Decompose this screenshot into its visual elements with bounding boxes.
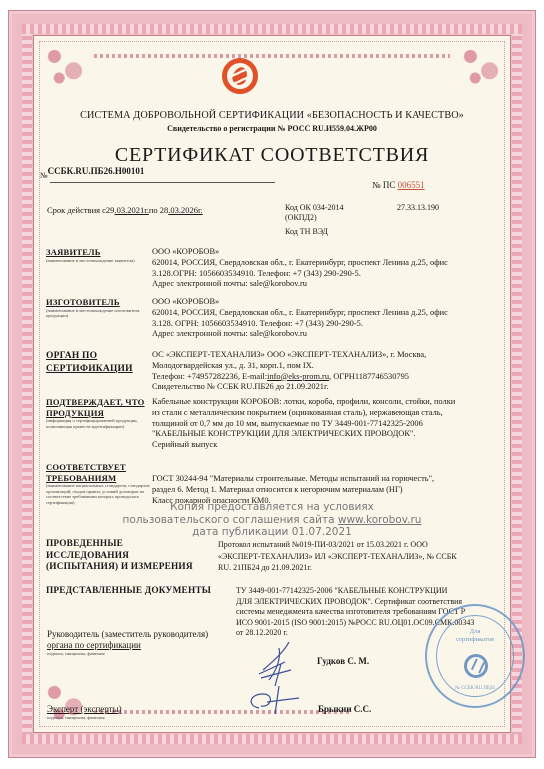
ornament-corner-icon: [40, 42, 88, 90]
flame-in-circle-icon: [222, 58, 258, 94]
applicant-label: ЗАЯВИТЕЛЬ (наименование и местонахождени…: [46, 247, 150, 263]
signature-expert-icon: [245, 682, 301, 716]
phone-text: Телефон: +74957282236, E-mail:: [152, 372, 267, 381]
cert-body-label: ОРГАН ПО СЕРТИФИКАЦИИ: [46, 350, 150, 376]
ornament-line-bottom: [94, 710, 350, 714]
stamp-text-1: Для: [427, 628, 523, 636]
text-line: Адрес электронной почты: sale@korobov.ru: [152, 329, 522, 340]
expert-role: Эксперт (эксперты): [47, 704, 122, 714]
form-number-value: 006551: [398, 180, 425, 190]
applicant-heading: ЗАЯВИТЕЛЬ: [46, 247, 150, 258]
head-role-line2: органа по сертификации: [47, 640, 141, 650]
text-line: Свидетельство № ССБК RU.ПБ26 до 21.09.20…: [152, 382, 522, 393]
product-text: Кабельные конструкции КОРОБОВ: лотки, ко…: [152, 397, 522, 451]
system-name: СИСТЕМА ДОБРОВОЛЬНОЙ СЕРТИФИКАЦИИ «БЕЗОП…: [0, 110, 544, 121]
text-line: из стали с металлическим покрытием (оцин…: [152, 408, 522, 419]
stamp-center-text: Для сертификатов: [427, 628, 523, 644]
tests-heading-3: (ИСПЫТАНИЯ) И ИЗМЕРЕНИЯ: [46, 562, 216, 574]
expert-signature-role: Эксперт (эксперты) подпись, инициалы, фа…: [47, 704, 122, 721]
tests-heading-1: ПРОВЕДЕННЫЕ: [46, 539, 216, 551]
validity-to: .03.2026г.: [168, 205, 202, 215]
head-name: Гудков С. М.: [317, 656, 369, 666]
product-sublabel: (информация о сертифицированной продукци…: [46, 418, 150, 429]
okpd-label-line2: (ОКПД2): [285, 213, 344, 223]
okpd-label: Код ОК 034-2014 (ОКПД2): [285, 203, 344, 223]
text-line: Протокол испытаний №019-ПИ-03/2021 от 15…: [218, 539, 518, 551]
manufacturer-sublabel: (наименование и местонахождение изготови…: [46, 308, 150, 319]
stamp-bottom-text: № ССБК RU.ПБ26: [427, 686, 523, 691]
form-number-label: № ПС: [372, 180, 395, 190]
text-line: 3.128.ОГРН: 1056603534910. Телефон: +7 (…: [152, 269, 522, 280]
cert-body-heading-2: СЕРТИФИКАЦИИ: [46, 363, 150, 376]
website-link[interactable]: www.korobov.ru: [338, 514, 422, 526]
head-caption: подпись, инициалы, фамилия: [47, 651, 208, 657]
copy-watermark: Копия предоставляется на условиях пользо…: [0, 501, 544, 539]
okpd-value: 27.33.13.190: [397, 203, 439, 212]
tests-text: Протокол испытаний №019-ПИ-03/2021 от 15…: [218, 539, 518, 574]
stamp-text-2: сертификатов: [427, 636, 523, 644]
product-label: ПОДТВЕРЖДАЕТ, ЧТО ПРОДУКЦИЯ (информация …: [46, 397, 150, 429]
tnved-label: Код ТН ВЭД: [285, 227, 328, 236]
product-heading-1: ПОДТВЕРЖДАЕТ, ЧТО: [46, 397, 150, 408]
flame-in-circle-icon: [464, 654, 488, 678]
text-line: "КАБЕЛЬНЫЕ КОНСТРУКЦИИ ДЛЯ ЭЛЕКТРИЧЕСКИХ…: [152, 429, 522, 440]
certificate-number: №ССБК.RU.ПБ26.Н00101: [40, 170, 144, 180]
requirements-label: СООТВЕТСТВУЕТ ТРЕБОВАНИЯМ (наименование …: [46, 462, 150, 505]
watermark-line1: Копия предоставляется на условиях: [0, 501, 544, 514]
expert-caption: подпись, инициалы, фамилия: [47, 715, 122, 721]
registration-number: Свидетельство о регистрации № РОСС RU.И5…: [0, 124, 544, 133]
validity-prefix: Срок действия с29: [47, 205, 114, 215]
validity-mid: по 28: [149, 205, 168, 215]
requirements-heading-2: ТРЕБОВАНИЯМ: [46, 473, 150, 484]
expert-name: Брыкин С.С.: [318, 704, 371, 714]
text-line: ООО «КОРОБОВ»: [152, 297, 522, 308]
text-line: ООО «КОРОБОВ»: [152, 247, 522, 258]
documents-label: ПРЕДСТАВЛЕННЫЕ ДОКУМЕНТЫ: [46, 586, 236, 597]
text-line: ТУ 3449-001-77142325-2006 "КАБЕЛЬНЫЕ КОН…: [236, 586, 526, 597]
text-line: 620014, РОССИЯ, Свердловская обл., г. Ек…: [152, 258, 522, 269]
tests-label: ПРОВЕДЕННЫЕ ИССЛЕДОВАНИЯ (ИСПЫТАНИЯ) И И…: [46, 539, 216, 574]
validity-from: .03.2021г.: [114, 205, 148, 215]
cert-body-heading-1: ОРГАН ПО: [46, 350, 150, 363]
text-line: 3.128. ОГРН: 1056603534910. Телефон: +7 …: [152, 319, 522, 330]
text-line: RU. 21ПБ24 до 21.09.2021г.: [218, 562, 518, 574]
text-line: Телефон: +74957282236, E-mail:info@eks-p…: [152, 372, 522, 383]
text-line: Серийный выпуск: [152, 440, 522, 451]
documents-heading: ПРЕДСТАВЛЕННЫЕ ДОКУМЕНТЫ: [46, 586, 236, 597]
okpd-label-line1: Код ОК 034-2014: [285, 203, 344, 213]
ornament-line-top: [94, 54, 450, 58]
text-line: ОС «ЭКСПЕРТ-ТЕХАНАЛИЗ» ООО «ЭКСПЕРТ-ТЕХА…: [152, 350, 522, 361]
text-line: ГОСТ 30244-94 "Материалы строительные. М…: [152, 474, 522, 485]
text-line: Адрес электронной почты: sale@korobov.ru: [152, 279, 522, 290]
cert-body-text: ОС «ЭКСПЕРТ-ТЕХАНАЛИЗ» ООО «ЭКСПЕРТ-ТЕХА…: [152, 350, 522, 393]
number-sign: №: [40, 171, 48, 180]
requirements-heading-1: СООТВЕТСТВУЕТ: [46, 462, 150, 473]
email-link[interactable]: info@eks-prom.ru: [267, 372, 329, 381]
watermark-line2: пользовательского соглашения сайта www.k…: [0, 514, 544, 527]
text-line: раздел 6. Метод 1. Материал относится к …: [152, 485, 522, 496]
ogrn-text: , ОГРН1187746530795: [329, 372, 409, 381]
head-signature-role: Руководитель (заместитель руководителя) …: [47, 629, 208, 657]
ornament-corner-icon: [456, 42, 504, 90]
text-line: толщиной от 0,7 мм до 10 мм, выпускаемые…: [152, 419, 522, 430]
text-line: 620014, РОССИЯ, Свердловская обл., г. Ек…: [152, 308, 522, 319]
manufacturer-heading: ИЗГОТОВИТЕЛЬ: [46, 297, 150, 308]
text-line: Молодогвардейская ул., д. 31, корп.1, по…: [152, 361, 522, 372]
watermark-text: пользовательского соглашения сайта: [123, 514, 338, 526]
page-title: СЕРТИФИКАТ СООТВЕТСТВИЯ: [0, 144, 544, 167]
text-line: Кабельные конструкции КОРОБОВ: лотки, ко…: [152, 397, 522, 408]
form-number: № ПС 006551: [372, 180, 425, 190]
head-role-line1: Руководитель (заместитель руководителя): [47, 629, 208, 640]
watermark-line3: дата публикации 01.07.2021: [0, 526, 544, 539]
applicant-sublabel: (наименование и местонахождение заявител…: [46, 258, 150, 264]
applicant-text: ООО «КОРОБОВ» 620014, РОССИЯ, Свердловск…: [152, 247, 522, 290]
tests-heading-2: ИССЛЕДОВАНИЯ: [46, 551, 216, 563]
product-heading-2: ПРОДУКЦИЯ: [46, 408, 150, 419]
manufacturer-text: ООО «КОРОБОВ» 620014, РОССИЯ, Свердловск…: [152, 297, 522, 340]
signature-head-icon: [255, 640, 295, 688]
certification-stamp: Для сертификатов № ССБК RU.ПБ26: [425, 604, 525, 708]
text-line: «ЭКСПЕРТ-ТЕХАНАЛИЗ» ИЛ «ЭКСПЕРТ-ТЕХАНАЛИ…: [218, 551, 518, 563]
number-underline: [50, 182, 275, 183]
certificate-number-value: ССБК.RU.ПБ26.Н00101: [48, 166, 145, 176]
validity-period: Срок действия с29.03.2021г.по 28.03.2026…: [47, 205, 203, 215]
manufacturer-label: ИЗГОТОВИТЕЛЬ (наименование и местонахожд…: [46, 297, 150, 319]
